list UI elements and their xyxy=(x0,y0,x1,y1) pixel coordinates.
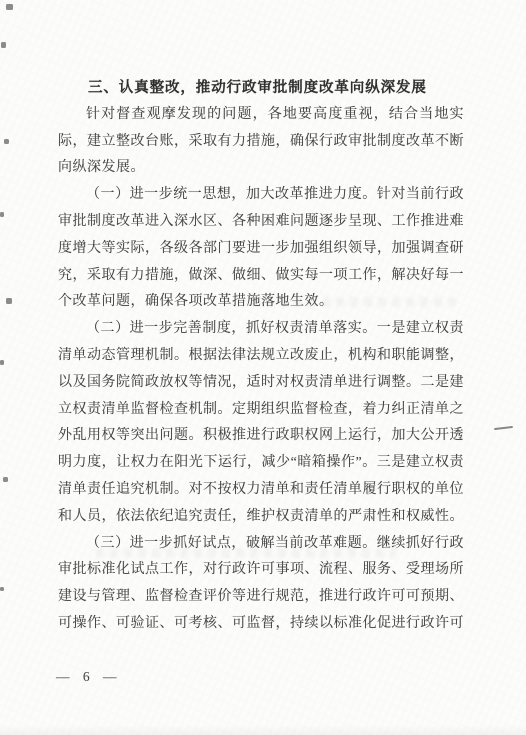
document-text-block: 三、认真整改，推动行政审批制度改革向纵深发展 针对督查观摩发现的问题，各地要高度… xyxy=(58,75,464,638)
scan-speck xyxy=(0,587,4,591)
scan-speck xyxy=(1,42,6,48)
stray-pen-mark xyxy=(494,426,513,430)
scan-edge-shadow xyxy=(0,725,526,735)
scan-speck xyxy=(6,4,13,10)
section-heading: 三、认真整改，推动行政审批制度改革向纵深发展 xyxy=(58,75,464,102)
scanned-document-page: 三、认真整改，推动行政审批制度改革向纵深发展 针对督查观摩发现的问题，各地要高度… xyxy=(0,0,526,735)
scan-speck xyxy=(3,477,8,482)
body-paragraph-2: （一）进一步统一思想，加大改革推进力度。针对当前行政审批制度改革进入深水区、各种… xyxy=(58,182,464,316)
scan-speck xyxy=(0,360,4,365)
body-paragraph-3: （二）进一步完善制度，抓好权责清单落实。一是建立权责清单动态管理机制。根据法律法… xyxy=(58,316,464,530)
page-number: — 6 — xyxy=(56,669,122,685)
body-paragraph-1: 针对督查观摩发现的问题，各地要高度重视，结合当地实际，建立整改台账，采取有力措施… xyxy=(58,102,464,182)
scan-speck xyxy=(6,298,12,304)
body-paragraph-4: （三）进一步抓好试点，破解当前改革难题。继续抓好行政审批标准化试点工作，对行政许… xyxy=(58,531,464,638)
scan-speck xyxy=(0,212,4,217)
scan-speck xyxy=(4,139,9,144)
